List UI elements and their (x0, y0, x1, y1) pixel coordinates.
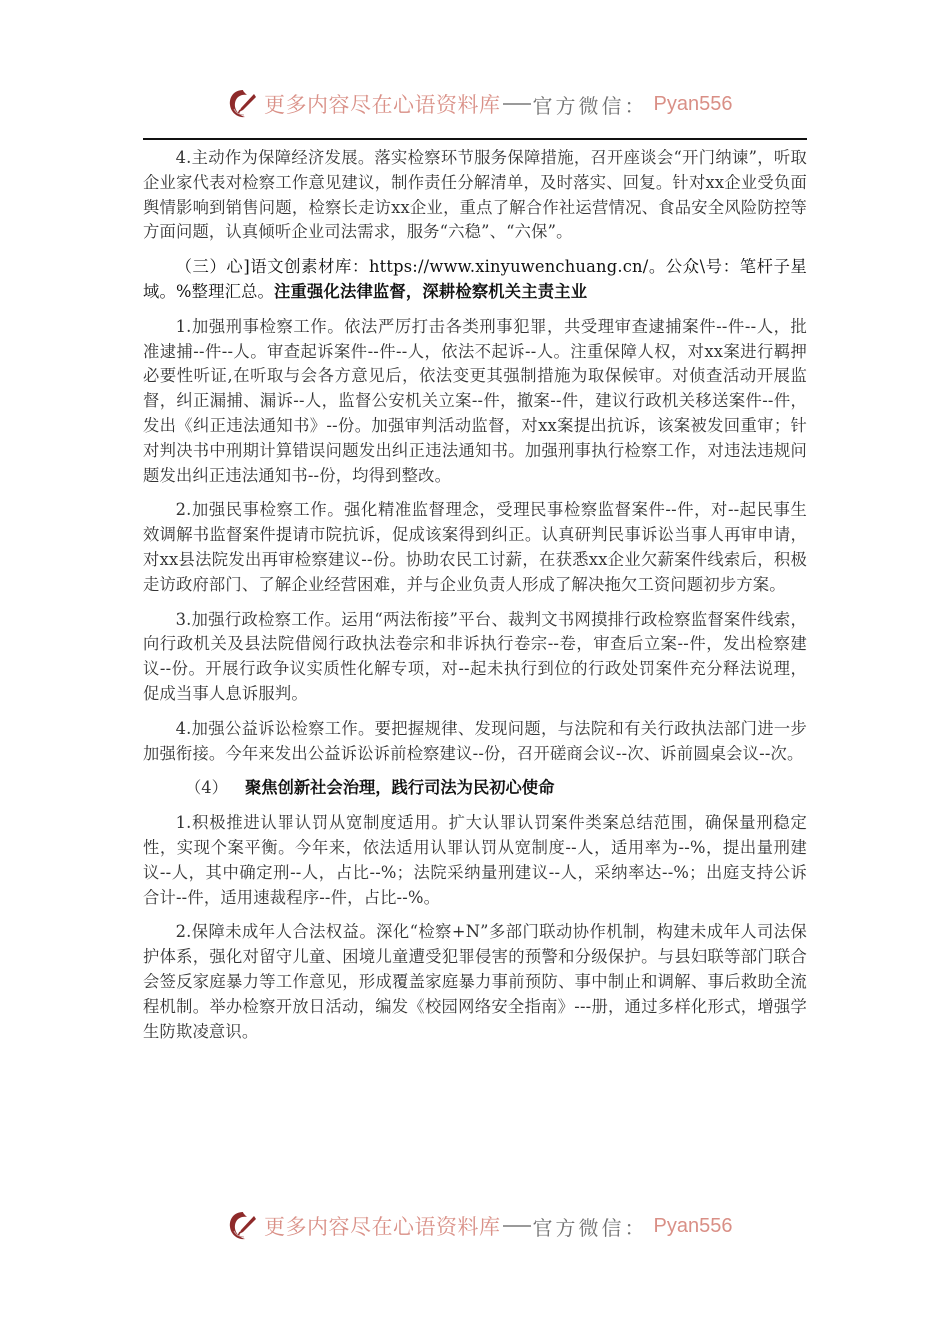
paragraph-minors: 2.保障未成年人合法权益。深化“检察+N”多部门联动协作机制，构建未成年人司法保… (143, 920, 807, 1044)
banner-wechat-label: 官方微信： (533, 1212, 648, 1241)
paragraph-plea-leniency: 1.积极推进认罪认罚从宽制度适用。扩大认罪认罚案件类案总结范围，确保量刑稳定性，… (143, 811, 807, 910)
section-4-number: （4） (185, 776, 245, 801)
footer-watermark-banner: 更多内容尽在心语资料库 官方微信： Pyan556 (226, 1206, 732, 1246)
section-3-title: 注重强化法律监督，深耕检察机关主责主业 (274, 282, 587, 301)
quill-pen-logo-icon (226, 87, 260, 121)
banner-wechat-id: Pyan556 (654, 93, 733, 116)
paragraph-admin: 3.加强行政检察工作。运用“两法衔接”平台、裁判文书网摸排行政检察监督案件线索，… (143, 608, 807, 707)
banner-wechat-id: Pyan556 (654, 1215, 733, 1238)
banner-dash (503, 103, 531, 105)
banner-main-text: 更多内容尽在心语资料库 (264, 1211, 501, 1241)
section-3-heading: （三）心]语文创素材库：https://www.xinyuwenchuang.c… (143, 255, 807, 305)
paragraph-criminal: 1.加强刑事检察工作。依法严厉打击各类刑事犯罪，共受理审查逮捕案件--件--人，… (143, 315, 807, 489)
document-body: 4.主动作为保障经济发展。落实检察环节服务保障措施，召开座谈会“开门纳谏”，听取… (143, 146, 807, 1054)
header-divider (143, 138, 807, 140)
section-4-heading: （4）聚焦创新社会治理，践行司法为民初心使命 (143, 776, 807, 801)
section-4-title: 聚焦创新社会治理，践行司法为民初心使命 (245, 778, 554, 797)
banner-dash (503, 1225, 531, 1227)
paragraph-economy: 4.主动作为保障经济发展。落实检察环节服务保障措施，召开座谈会“开门纳谏”，听取… (143, 146, 807, 245)
paragraph-civil: 2.加强民事检察工作。强化精准监督理念，受理民事检察监督案件--件，对--起民事… (143, 498, 807, 597)
banner-wechat-label: 官方微信： (533, 90, 648, 119)
banner-main-text: 更多内容尽在心语资料库 (264, 89, 501, 119)
paragraph-public-interest: 4.加强公益诉讼检察工作。要把握规律、发现问题，与法院和有关行政执法部门进一步加… (143, 717, 807, 767)
header-watermark-banner: 更多内容尽在心语资料库 官方微信： Pyan556 (226, 84, 732, 124)
quill-pen-logo-icon (226, 1209, 260, 1243)
